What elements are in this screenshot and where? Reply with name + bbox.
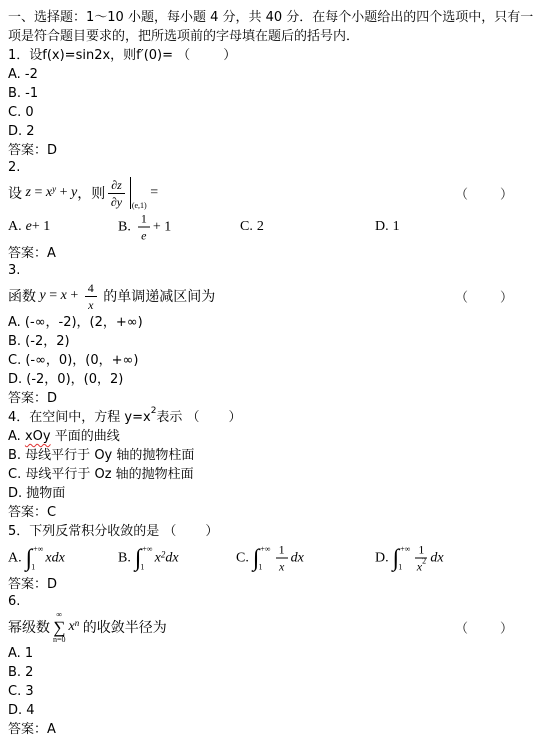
integrand: x — [155, 550, 161, 566]
option-label: C. — [236, 550, 249, 566]
q3-formula-prefix: 函数 — [8, 286, 40, 306]
q3-option-d: D. (-2，0)，(0，2) — [8, 370, 531, 389]
q4-answer-value: C — [47, 505, 56, 520]
q3-answer-brackets: （ ） — [455, 287, 515, 306]
q6-formula: 幂级数 ∞ ∑ n=0 xn 的收敛半径为 （ ） — [8, 610, 531, 644]
series-term: x — [69, 619, 75, 635]
q4-option-d: D. 抛物面 — [8, 484, 531, 503]
q4-option-b: B. 母线平行于 Oy 轴的抛物柱面 — [8, 446, 531, 465]
differential: dx — [430, 550, 443, 566]
q1-stem: 1．设f(x)=sin2x，则f′(0)= （ ） — [8, 46, 531, 65]
option-fraction: 1e — [138, 213, 150, 242]
option-label: A. — [8, 429, 25, 444]
exam-intro-line-2: 项是符合题目要求的，把所选项前的字母填在题后的括号内． — [8, 27, 531, 46]
answer-label: 答案： — [8, 505, 47, 520]
q5-option-d: D. ∫+∞1 1x2 dx — [375, 544, 444, 573]
q3-option-c: C. (-∞，0)，(0，+∞) — [8, 351, 531, 370]
q6-answer-brackets: （ ） — [455, 618, 515, 637]
q6-option-c: C. 3 — [8, 682, 531, 701]
integral-upper-limit: +∞ — [142, 545, 152, 554]
q3-fraction: 4 x — [85, 282, 97, 311]
q6-option-a: A. 1 — [8, 644, 531, 663]
summation-sign: ∞ ∑ n=0 — [53, 611, 66, 644]
q6-answer-value: A — [47, 722, 56, 737]
q2-option-d: D.1 — [375, 219, 400, 235]
integral-lower-limit: 1 — [398, 563, 410, 572]
integral-sign: ∫+∞1 — [393, 545, 411, 572]
integral-upper-limit: +∞ — [260, 545, 270, 554]
q4-option-c: C. 母线平行于 Oz 轴的抛物柱面 — [8, 465, 531, 484]
q4-option-a: A. xOy 平面的曲线 — [8, 427, 531, 446]
q2-formula-prefix: 设 — [8, 183, 26, 203]
fraction-denominator: ∂y — [111, 194, 122, 208]
partial-derivative-fraction: ∂z ∂y — [108, 179, 125, 208]
q6-option-d: D. 4 — [8, 701, 531, 720]
differential: dx — [165, 550, 178, 566]
option-label: D. — [375, 550, 389, 566]
q1-option-d: D. 2 — [8, 122, 531, 141]
integrand-fraction: 1x — [276, 544, 288, 573]
q6-option-b: B. 2 — [8, 663, 531, 682]
q2-options: A.e + 1 B.1e + 1 C.2 D.1 — [8, 210, 531, 244]
exam-document: 一、选择题：1～10 小题，每小题 4 分，共 40 分．在每个小题给出的四个选… — [0, 0, 539, 739]
q4-stem-text: 4．在空间中，方程 y=x — [8, 410, 151, 425]
answer-label: 答案： — [8, 143, 47, 158]
q4-stem-text: 表示 （ ） — [156, 410, 241, 425]
answer-label: 答案： — [8, 391, 47, 406]
q5-answer-value: D — [47, 577, 57, 592]
fraction-denominator: x — [279, 559, 284, 573]
exponent-2: 2 — [422, 557, 426, 566]
q3-answer: 答案：D — [8, 389, 531, 408]
q6-formula-suffix: 的收敛半径为 — [79, 617, 167, 637]
q2-number: 2. — [8, 160, 531, 176]
integral-sign: ∫+∞1 — [253, 545, 271, 572]
q1-answer-value: D — [47, 143, 57, 158]
option-label: A. — [8, 219, 22, 235]
q5-answer: 答案：D — [8, 575, 531, 594]
answer-label: 答案： — [8, 246, 47, 261]
fraction-numerator: 4 — [85, 282, 97, 297]
integral-lower-limit: 1 — [31, 563, 43, 572]
q2-option-b: B.1e + 1 — [118, 213, 171, 242]
integral-sign: ∫+∞1 — [135, 545, 153, 572]
option-label: A. — [8, 550, 22, 566]
q1-option-b: B. -1 — [8, 84, 531, 103]
q3-number: 3. — [8, 263, 531, 279]
integral-lower-limit: 1 — [258, 563, 270, 572]
exponent-2: 2 — [151, 406, 157, 416]
differential: dx — [291, 550, 304, 566]
integral-upper-limit: +∞ — [33, 545, 43, 554]
option-value: 2 — [257, 219, 264, 235]
option-label: D. — [375, 219, 389, 235]
equals-sign: = — [46, 288, 61, 304]
equals-sign: = — [147, 185, 158, 201]
option-value: + 1 — [32, 219, 50, 235]
integral-sign: ∫+∞1 — [26, 545, 44, 572]
q2-option-c: C.2 — [240, 219, 264, 235]
q3-option-b: B. (-2，2) — [8, 332, 531, 351]
q2-answer-value: A — [47, 246, 56, 261]
fraction-numerator: 1 — [138, 213, 150, 228]
q5-options: A. ∫+∞1 xdx B. ∫+∞1 x2dx C. ∫+∞1 1x dx D… — [8, 541, 531, 575]
integrand-fraction: 1x2 — [415, 544, 427, 573]
exam-intro-line-1: 一、选择题：1～10 小题，每小题 4 分，共 40 分．在每个小题给出的四个选… — [8, 8, 531, 27]
q4-stem: 4．在空间中，方程 y=x2表示 （ ） — [8, 408, 531, 427]
option-label: C. — [240, 219, 253, 235]
q6-number: 6. — [8, 594, 531, 610]
q1-option-a: A. -2 — [8, 65, 531, 84]
q2-formula-then: ，则 — [77, 183, 105, 203]
q5-option-b: B. ∫+∞1 x2dx — [118, 545, 179, 572]
q5-stem: 5．下列反常积分收敛的是 （ ） — [8, 522, 531, 541]
fraction-denominator: e — [141, 228, 146, 242]
q3-formula-suffix: 的单调递减区间为 — [100, 286, 216, 306]
evaluation-subscript: (e,1) — [132, 201, 147, 210]
plus-sign: + — [67, 288, 82, 304]
answer-label: 答案： — [8, 722, 47, 737]
differential: dx — [52, 550, 65, 566]
q3-option-a: A. (-∞，-2)，(2，+∞) — [8, 313, 531, 332]
summation-lower-limit: n=0 — [53, 636, 66, 644]
equals-sign: = — [31, 185, 46, 201]
option-value: 1 — [393, 219, 400, 235]
q1-answer: 答案：D — [8, 141, 531, 160]
fraction-denominator: x — [88, 297, 93, 311]
integral-lower-limit: 1 — [140, 563, 152, 572]
q2-answer: 答案：A — [8, 244, 531, 263]
evaluation-bar — [130, 177, 131, 209]
fraction-numerator: ∂z — [108, 179, 125, 194]
option-label: B. — [118, 550, 131, 566]
spellchecked-word: xOy — [25, 429, 51, 444]
q2-option-a: A.e + 1 — [8, 219, 50, 235]
q5-option-c: C. ∫+∞1 1x dx — [236, 544, 304, 573]
q6-answer: 答案：A — [8, 720, 531, 739]
q2-formula: 设 z = xy + y，则 ∂z ∂y (e,1) = （ ） — [8, 176, 531, 210]
option-value: + 1 — [153, 219, 171, 235]
answer-label: 答案： — [8, 577, 47, 592]
evaluation-at-point: (e,1) — [128, 177, 147, 209]
q6-formula-prefix: 幂级数 — [8, 617, 50, 637]
plus-sign: + — [56, 185, 71, 201]
option-label: B. — [118, 219, 131, 235]
q3-answer-value: D — [47, 391, 57, 406]
q2-answer-brackets: （ ） — [455, 184, 515, 203]
fraction-numerator: 1 — [276, 544, 288, 559]
integral-upper-limit: +∞ — [400, 545, 410, 554]
option-value: 平面的曲线 — [51, 429, 120, 444]
q3-formula: 函数 y = x + 4 x 的单调递减区间为 （ ） — [8, 279, 531, 313]
q4-answer: 答案：C — [8, 503, 531, 522]
sigma-glyph: ∑ — [53, 619, 65, 636]
q1-option-c: C. 0 — [8, 103, 531, 122]
fraction-denominator: x2 — [417, 559, 426, 573]
q5-option-a: A. ∫+∞1 xdx — [8, 545, 65, 572]
